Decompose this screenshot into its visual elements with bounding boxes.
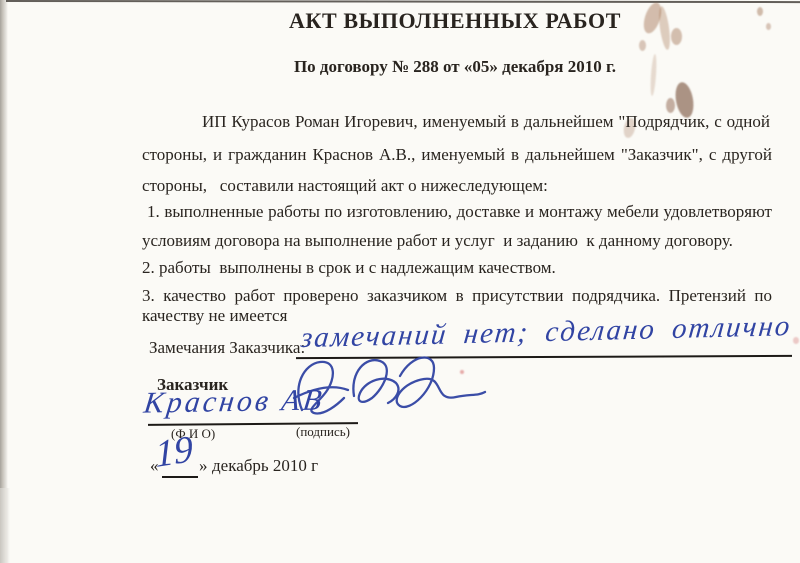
item-3-line-1: 3. качество работ проверено заказчиком в… bbox=[142, 286, 772, 306]
scan-left-edge bbox=[0, 0, 8, 563]
rust-stain bbox=[639, 40, 646, 51]
handwritten-day: 19 bbox=[154, 427, 194, 477]
document-title: АКТ ВЫПОЛНЕННЫХ РАБОТ bbox=[110, 8, 800, 34]
remarks-label: Замечания Заказчика: bbox=[149, 338, 305, 358]
scan-top-edge-shadow bbox=[6, 0, 800, 3]
date-text: декабрь 2010 г bbox=[212, 456, 318, 476]
intro-line-2: стороны, и гражданин Краснов А.В., имену… bbox=[142, 145, 772, 165]
handwritten-signature bbox=[288, 352, 488, 430]
rust-stain bbox=[666, 98, 675, 113]
item-2: 2. работы выполнены в срок и с надлежащи… bbox=[142, 258, 772, 278]
sign-caption: (подпись) bbox=[296, 424, 350, 439]
item-1-line-1: 1. выполненные работы по изготовлению, д… bbox=[147, 202, 772, 222]
intro-line-3: стороны, составили настоящий акт о нижес… bbox=[142, 176, 772, 196]
intro-line-1: ИП Курасов Роман Игоревич, именуемый в д… bbox=[202, 112, 770, 132]
scan-left-edge-lower bbox=[0, 488, 10, 563]
scanned-act-document: АКТ ВЫПОЛНЕННЫХ РАБОТ По договору № 288 … bbox=[0, 0, 800, 563]
date-close-quote: » bbox=[199, 456, 208, 476]
date-blank-line bbox=[162, 476, 198, 478]
document-subtitle: По договору № 288 от «05» декабря 2010 г… bbox=[110, 57, 800, 77]
item-1-line-2: условиям договора на выполнение работ и … bbox=[142, 231, 772, 251]
